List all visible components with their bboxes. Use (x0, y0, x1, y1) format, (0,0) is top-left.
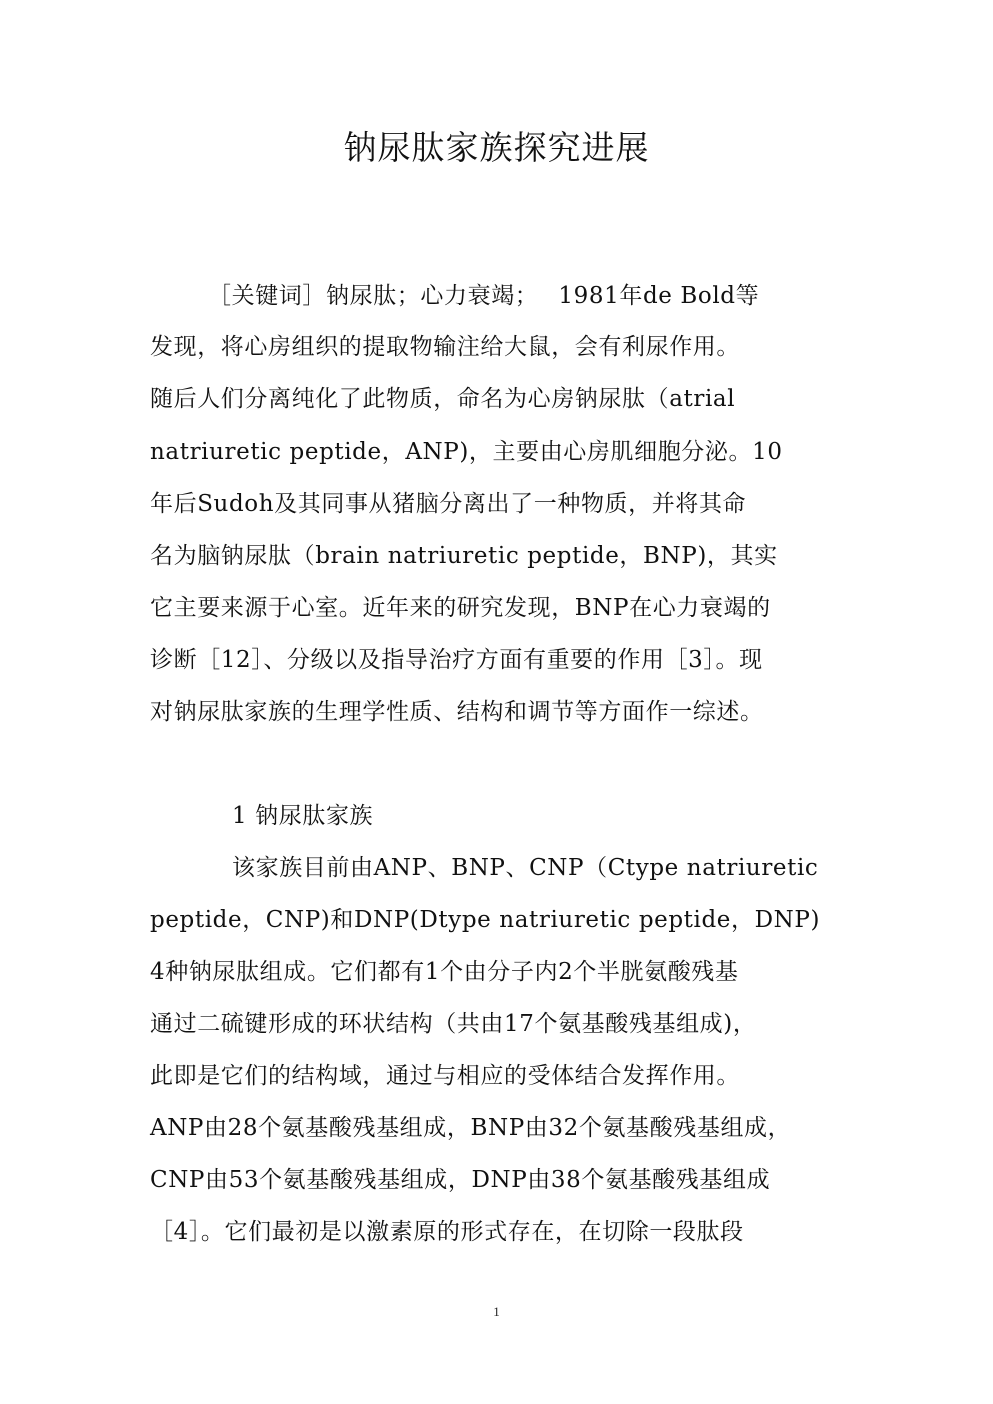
body-line: 它主要来源于心室。近年来的研究发现，BNP在心力衰竭的 (150, 588, 771, 628)
body-line: natriuretic peptide，ANP)，主要由心房肌细胞分泌。10 (150, 432, 783, 472)
body-line: 通过二硫键形成的环状结构（共由17个氨基酸残基组成)， (150, 1004, 756, 1044)
body-line: 对钠尿肽家族的生理学性质、结构和调节等方面作一综述。 (150, 692, 764, 732)
body-line: 诊断［12］、分级以及指导治疗方面有重要的作用［3］。现 (150, 640, 763, 680)
page-number: 1 (0, 1302, 993, 1322)
section-heading: 1 钠尿肽家族 (232, 796, 373, 836)
body-line: 名为脑钠尿肽（brain natriuretic peptide，BNP)，其实 (150, 536, 778, 576)
body-line: peptide，CNP)和DNP(Dtype natriuretic pepti… (150, 900, 820, 940)
body-line: 年后Sudoh及其同事从猪脑分离出了一种物质，并将其命 (150, 484, 746, 524)
document-title: 钠尿肽家族探究进展 (0, 124, 993, 172)
document-page: 钠尿肽家族探究进展 ［关键词］钠尿肽；心力衰竭； 1981年de Bold等发现… (0, 0, 993, 1404)
body-line: ANP由28个氨基酸残基组成，BNP由32个氨基酸残基组成， (150, 1108, 791, 1148)
body-line: ［关键词］钠尿肽；心力衰竭； 1981年de Bold等 (208, 276, 759, 316)
body-line: CNP由53个氨基酸残基组成，DNP由38个氨基酸残基组成 (150, 1160, 770, 1200)
body-line: ［4］。它们最初是以激素原的形式存在，在切除一段肽段 (150, 1212, 744, 1252)
body-line: 该家族目前由ANP、BNP、CNP（Ctype natriuretic (232, 848, 818, 888)
body-line: 随后人们分离纯化了此物质，命名为心房钠尿肽（atrial (150, 379, 735, 419)
body-line: 4种钠尿肽组成。它们都有1个由分子内2个半胱氨酸残基 (150, 952, 739, 992)
body-line: 发现，将心房组织的提取物输注给大鼠，会有利尿作用。 (150, 327, 740, 367)
body-line: 此即是它们的结构域，通过与相应的受体结合发挥作用。 (150, 1056, 740, 1096)
